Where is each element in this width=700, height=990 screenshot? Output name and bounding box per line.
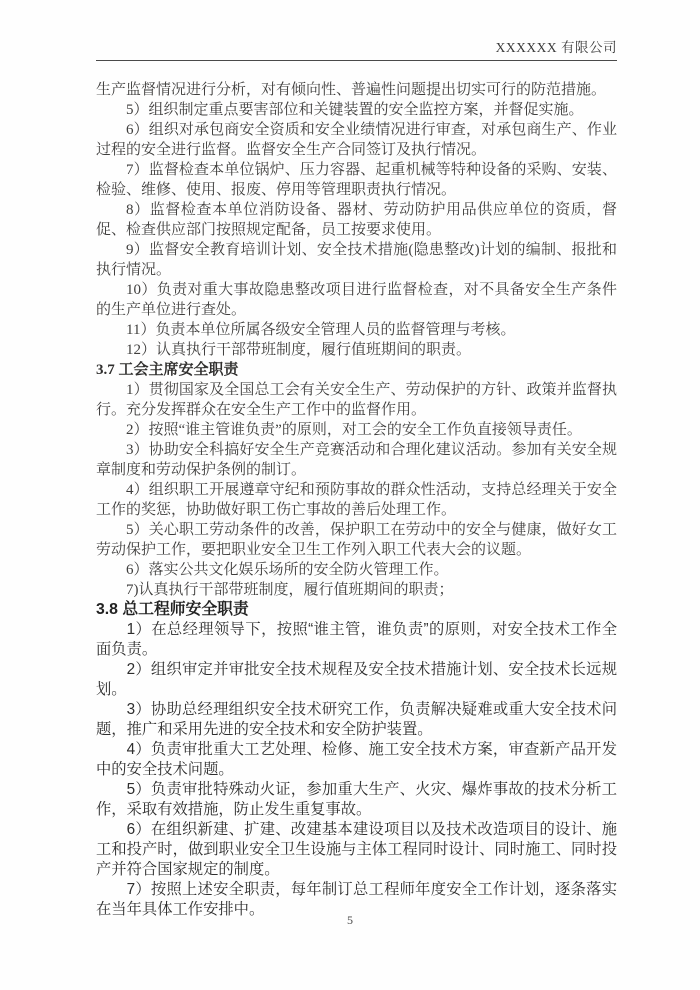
page-header: XXXXXX 有限公司 (96, 36, 617, 61)
section-heading: 3.8 总工程师安全职责 (96, 600, 617, 620)
body-paragraph: 7）监督检查本单位锅炉、压力容器、起重机械等特种设备的采购、安装、检验、维修、使… (96, 160, 617, 200)
page-footer: 5 (0, 913, 700, 928)
body-paragraph: 1）贯彻国家及全国总工会有关安全生产、劳动保护的方针、政策并监督执行。充分发挥群… (96, 380, 617, 420)
body-paragraph: 1）在总经理领导下，按照“谁主管，谁负责”的原则，对安全技术工作全面负责。 (96, 620, 617, 660)
body-paragraph: 2）组织审定并审批安全技术规程及安全技术措施计划、安全技术长远规划。 (96, 660, 617, 700)
body-paragraph: 12）认真执行干部带班制度，履行值班期间的职责。 (96, 340, 617, 360)
body-paragraph: 生产监督情况进行分析，对有倾向性、普遍性问题提出切实可行的防范措施。 (96, 80, 617, 100)
body-paragraph: 6）落实公共文化娱乐场所的安全防火管理工作。 (96, 560, 617, 580)
section-heading: 3.7 工会主席安全职责 (96, 360, 617, 380)
body-paragraph: 4）负责审批重大工艺处理、检修、施工安全技术方案，审查新产品开发中的安全技术问题… (96, 740, 617, 780)
body-paragraph: 5）组织制定重点要害部位和关键装置的安全监控方案，并督促实施。 (96, 100, 617, 120)
doc-section: 生产监督情况进行分析，对有倾向性、普遍性问题提出切实可行的防范措施。5）组织制定… (96, 80, 617, 360)
body-paragraph: 3）协助安全科搞好安全生产竞赛活动和合理化建议活动。参加有关安全规章制度和劳动保… (96, 440, 617, 480)
body-paragraph: 11）负责本单位所属各级安全管理人员的监督管理与考核。 (96, 320, 617, 340)
body-paragraph: 6）组织对承包商安全资质和安全业绩情况进行审查，对承包商生产、作业过程的安全进行… (96, 120, 617, 160)
body-paragraph: 5）负责审批特殊动火证，参加重大生产、火灾、爆炸事故的技术分析工作，采取有效措施… (96, 780, 617, 820)
body-paragraph: 9）监督安全教育培训计划、安全技术措施(隐患整改)计划的编制、报批和执行情况。 (96, 240, 617, 280)
company-name: XXXXXX 有限公司 (496, 40, 617, 55)
body-paragraph: 4）组织职工开展遵章守纪和预防事故的群众性活动，支持总经理关于安全工作的奖惩，协… (96, 480, 617, 520)
body-paragraph: 5）关心职工劳动条件的改善，保护职工在劳动中的安全与健康，做好女工劳动保护工作，… (96, 520, 617, 560)
body-paragraph: 7)认真执行干部带班制度，履行值班期间的职责； (96, 580, 617, 600)
body-paragraph: 8）监督检查本单位消防设备、器材、劳动防护用品供应单位的资质，督促、检查供应部门… (96, 200, 617, 240)
body-paragraph: 6）在组织新建、扩建、改建基本建设项目以及技术改造项目的设计、施工和投产时，做到… (96, 820, 617, 880)
document-page: XXXXXX 有限公司 生产监督情况进行分析，对有倾向性、普遍性问题提出切实可行… (0, 0, 700, 990)
document-body: 生产监督情况进行分析，对有倾向性、普遍性问题提出切实可行的防范措施。5）组织制定… (96, 80, 617, 920)
doc-section: 3.7 工会主席安全职责1）贯彻国家及全国总工会有关安全生产、劳动保护的方针、政… (96, 360, 617, 600)
doc-section: 3.8 总工程师安全职责1）在总经理领导下，按照“谁主管，谁负责”的原则，对安全… (96, 600, 617, 920)
body-paragraph: 2）按照“谁主管谁负责”的原则，对工会的安全工作负直接领导责任。 (96, 420, 617, 440)
body-paragraph: 3）协助总经理组织安全技术研究工作，负责解决疑难或重大安全技术问题，推广和采用先… (96, 700, 617, 740)
body-paragraph: 10）负责对重大事故隐患整改项目进行监督检查，对不具备安全生产条件的生产单位进行… (96, 280, 617, 320)
page-number: 5 (347, 913, 353, 927)
